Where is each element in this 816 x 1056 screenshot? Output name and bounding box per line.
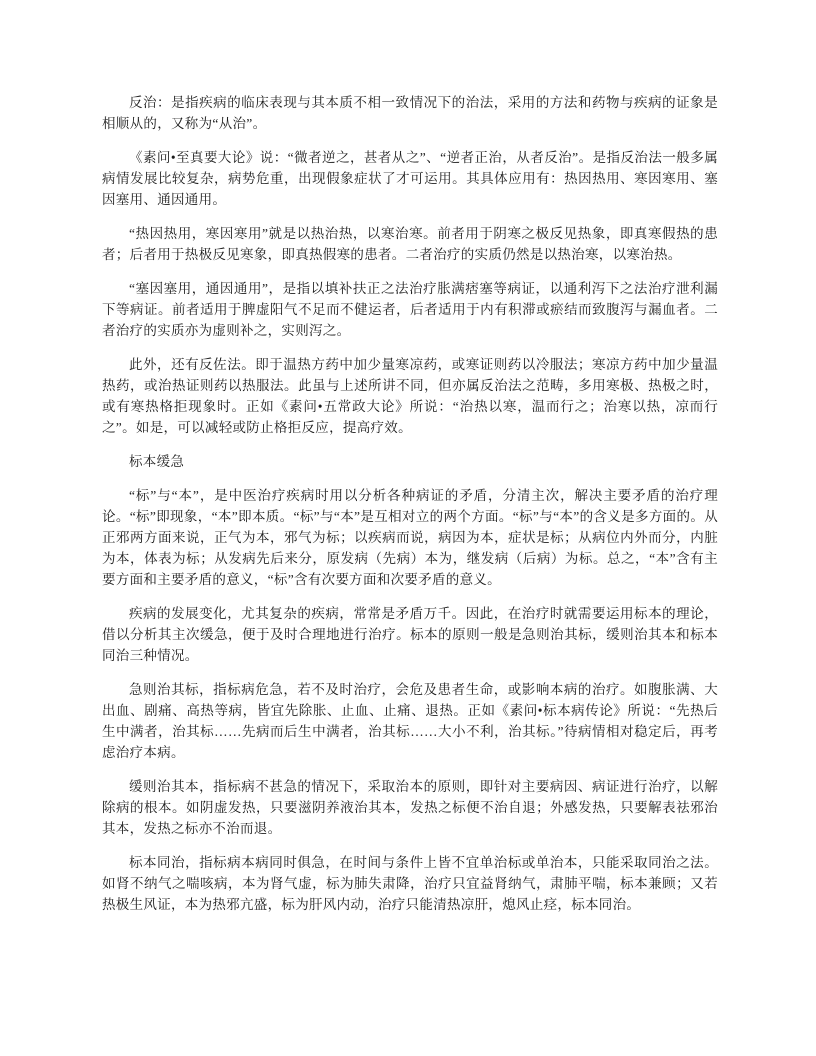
paragraph-biao-ben-theory: “标”与“本”，是中医治疗疾病时用以分析各种病证的矛盾，分清主次，解决主要矛盾的… (102, 485, 718, 590)
paragraph-reyinreyong: “热因热用，寒因寒用”就是以热治热，以寒治寒。前者用于阴寒之极反见热象，即真寒假… (102, 223, 718, 265)
section-heading-biaoben-huanji: 标本缓急 (102, 451, 718, 472)
paragraph-suwen-zhizhenyao-quote: 《素问•至真要大论》说：“微者逆之，甚者从之”、“逆者正治，从者反治”。是指反治… (102, 147, 718, 210)
paragraph-biaoben-tongzhi: 标本同治，指标病本病同时俱急，在时间与条件上皆不宜单治标或单治本，只能采取同治之… (102, 852, 718, 915)
document-content: 反治：是指疾病的临床表现与其本质不相一致情况下的治法，采用的方法和药物与疾病的证… (102, 92, 718, 915)
paragraph-huanze-zhiqiben: 缓则治其本，指标病不甚急的情况下，采取治本的原则，即针对主要病因、病证进行治疗，… (102, 776, 718, 839)
paragraph-fanzhi-definition: 反治：是指疾病的临床表现与其本质不相一致情况下的治法，采用的方法和药物与疾病的证… (102, 92, 718, 134)
paragraph-disease-development: 疾病的发展变化，尤其复杂的疾病，常常是矛盾万千。因此，在治疗时就需要运用标本的理… (102, 603, 718, 666)
paragraph-saiyinsaiyong: “塞因塞用，通因通用”，是指以填补扶正之法治疗胀满痞塞等病证，以通利泻下之法治疗… (102, 278, 718, 341)
document-page: 反治：是指疾病的临床表现与其本质不相一致情况下的治法，采用的方法和药物与疾病的证… (0, 0, 816, 1056)
paragraph-fanzuofa: 此外，还有反佐法。即于温热方药中加少量寒凉药，或寒证则药以冷服法；寒凉方药中加少… (102, 354, 718, 438)
paragraph-jize-zhiqibiao: 急则治其标，指标病危急，若不及时治疗，会危及患者生命，或影响本病的治疗。如腹胀满… (102, 679, 718, 763)
